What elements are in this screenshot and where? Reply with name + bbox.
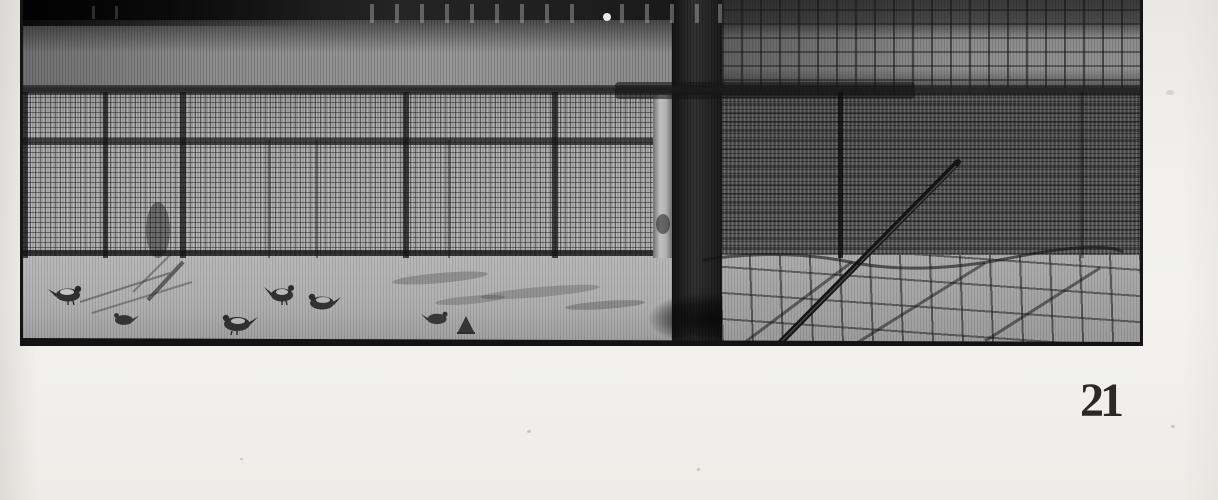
right-mesh-post [838, 92, 843, 258]
figure-photo [20, 0, 1143, 346]
photo-left-edge [20, 0, 23, 346]
net-folds [702, 247, 1123, 346]
photo-detail-overlay [20, 0, 1143, 346]
paper-speck [527, 430, 531, 433]
bird [48, 286, 81, 305]
paper-speck [697, 468, 700, 471]
bird [223, 315, 258, 335]
rail-joint [615, 82, 915, 99]
mesh-smudge [146, 202, 170, 258]
ground-marks [80, 255, 645, 313]
right-mesh-post-faint [1080, 92, 1084, 258]
white-dot [603, 13, 611, 21]
picket-row [92, 4, 722, 23]
scanned-page: 21 [0, 0, 1218, 500]
bird [457, 316, 475, 333]
paper-speck [1171, 425, 1175, 428]
photo-right-edge [1140, 0, 1143, 346]
page-number: 21 [1080, 377, 1120, 425]
fence-posts [22, 92, 558, 258]
post-knot [656, 214, 670, 234]
bird [309, 294, 341, 310]
paper-speck [240, 458, 243, 460]
leaning-pole-highlight [781, 166, 956, 342]
bird [264, 285, 294, 305]
bird [421, 312, 448, 325]
bird [114, 313, 139, 325]
photo-bottom-edge [20, 338, 1143, 346]
paper-smudge [1166, 90, 1174, 95]
